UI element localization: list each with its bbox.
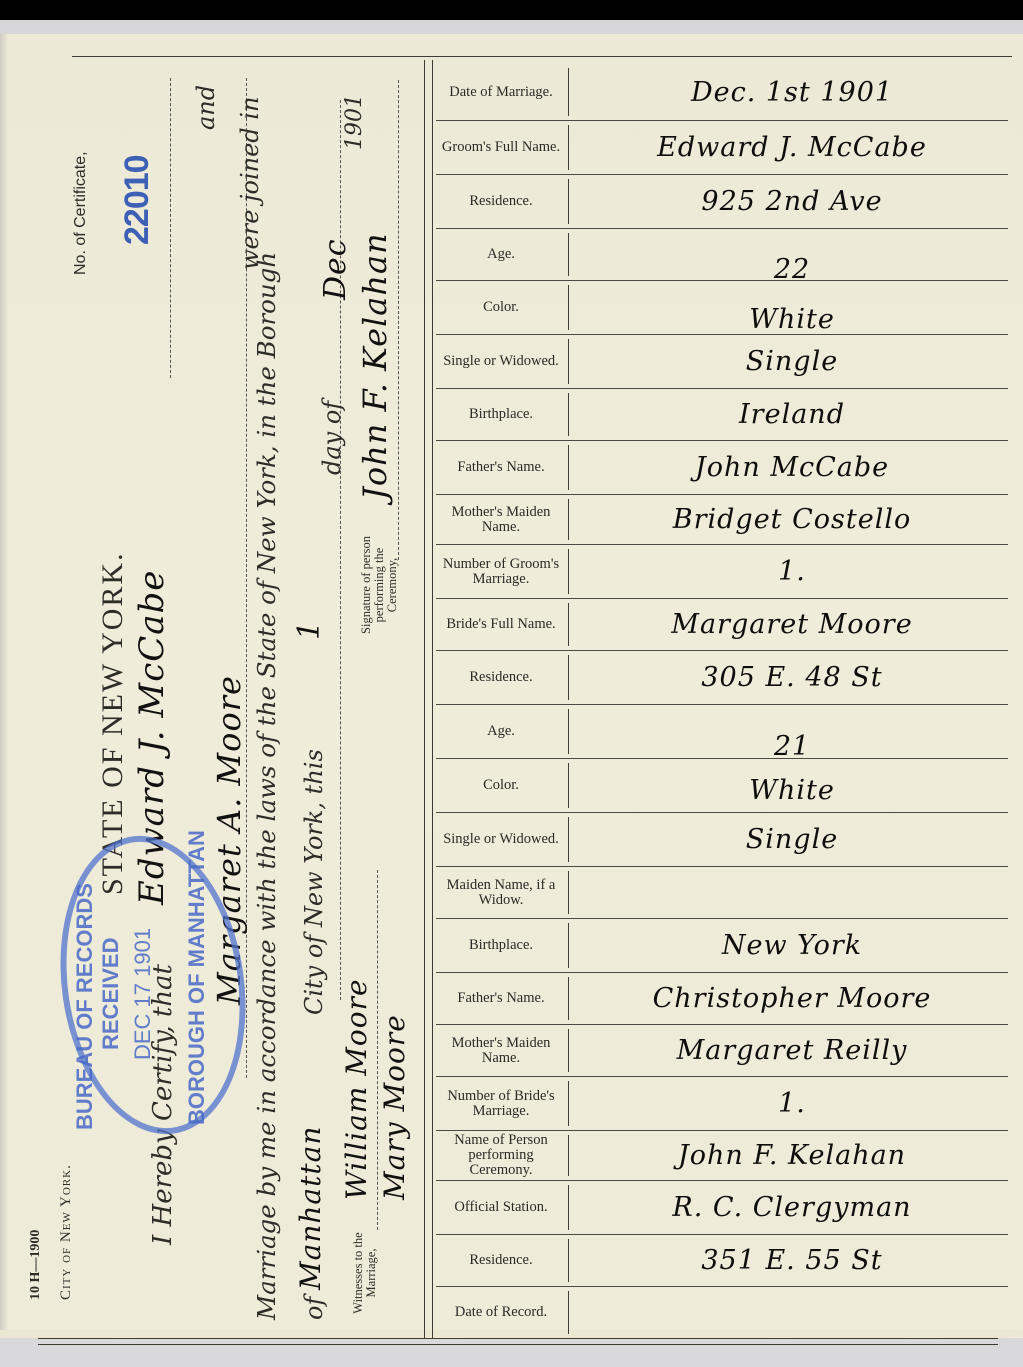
signature-label: Signature of person performing the Cerem… bbox=[360, 530, 399, 640]
field-value: Margaret Reilly bbox=[586, 1025, 998, 1076]
field-value: Christopher Moore bbox=[586, 973, 998, 1024]
field-row-bride-marriage-number: Number of Bride's Marriage. 1. bbox=[436, 1076, 1008, 1130]
field-value: 21 bbox=[586, 705, 998, 758]
field-row-bride-mother-maiden-name: Mother's Maiden Name. Margaret Reilly bbox=[436, 1024, 1008, 1076]
field-row-groom-mother-maiden-name: Mother's Maiden Name. Bridget Costello bbox=[436, 494, 1008, 544]
fill-line-signature bbox=[398, 80, 399, 560]
field-value bbox=[586, 867, 998, 918]
field-value: Bridget Costello bbox=[586, 495, 998, 544]
section-divider-1 bbox=[424, 60, 425, 1338]
field-label: Father's Name. bbox=[436, 973, 566, 1024]
field-row-date-of-marriage: Date of Marriage. Dec. 1st 1901 bbox=[436, 64, 1008, 120]
field-value: 22 bbox=[586, 229, 998, 280]
of-word: of bbox=[300, 1297, 328, 1320]
field-row-groom-marriage-number: Number of Groom's Marriage. 1. bbox=[436, 544, 1008, 598]
field-row-bride-maiden-name-if-widow: Maiden Name, if a Widow. bbox=[436, 866, 1008, 918]
fill-line-groom bbox=[170, 78, 171, 378]
field-row-groom-single-or-widowed: Single or Widowed. Single bbox=[436, 334, 1008, 388]
issuer-city: City of New York. bbox=[58, 1164, 75, 1300]
field-row-groom-residence: Residence. 925 2nd Ave bbox=[436, 174, 1008, 228]
field-label: Mother's Maiden Name. bbox=[436, 1025, 566, 1076]
field-row-bride-single-or-widowed: Single or Widowed. Single bbox=[436, 812, 1008, 866]
field-label: Birthplace. bbox=[436, 389, 566, 440]
field-value: 305 E. 48 St bbox=[586, 651, 998, 704]
field-row-groom-color: Color. White bbox=[436, 280, 1008, 334]
viewer-top-bar bbox=[0, 0, 1023, 20]
field-value: 1. bbox=[586, 545, 998, 598]
field-label: Residence. bbox=[436, 1235, 566, 1286]
field-row-groom-name: Groom's Full Name. Edward J. McCabe bbox=[436, 120, 1008, 174]
scan-edge-left bbox=[0, 34, 8, 1334]
field-label: Age. bbox=[436, 229, 566, 280]
fill-line-day bbox=[340, 100, 341, 1000]
field-value: 925 2nd Ave bbox=[586, 175, 998, 228]
form-number: 10 H—1900 bbox=[28, 1230, 44, 1300]
field-label: Single or Widowed. bbox=[436, 813, 566, 866]
field-label: Maiden Name, if a Widow. bbox=[436, 867, 566, 918]
field-row-bride-age: Age. 21 bbox=[436, 704, 1008, 758]
field-row-bride-name: Bride's Full Name. Margaret Moore bbox=[436, 598, 1008, 650]
year-printed: 1901 bbox=[342, 94, 367, 150]
field-label: Date of Marriage. bbox=[436, 64, 566, 120]
frame-bottom-line bbox=[38, 1338, 998, 1339]
field-row-officiant-residence: Residence. 351 E. 55 St bbox=[436, 1234, 1008, 1286]
stamp-received: RECEIVED bbox=[98, 938, 124, 1050]
field-label: Date of Record. bbox=[436, 1287, 566, 1338]
field-row-groom-birthplace: Birthplace. Ireland bbox=[436, 388, 1008, 440]
field-row-date-of-record: Date of Record. bbox=[436, 1286, 1008, 1338]
field-row-groom-father-name: Father's Name. John McCabe bbox=[436, 440, 1008, 494]
field-label: Single or Widowed. bbox=[436, 335, 566, 388]
section-divider-2 bbox=[432, 60, 433, 1338]
field-label: Name of Person performing Ceremony. bbox=[436, 1131, 566, 1180]
stamp-borough: BOROUGH OF MANHATTAN bbox=[184, 830, 210, 1125]
field-row-officiant-name: Name of Person performing Ceremony. John… bbox=[436, 1130, 1008, 1180]
field-label: Groom's Full Name. bbox=[436, 121, 566, 174]
joined-phrase: were joined in bbox=[236, 97, 264, 270]
field-value: Single bbox=[586, 813, 998, 866]
field-value: 1. bbox=[586, 1077, 998, 1130]
witness-1-handwritten: William Moore bbox=[340, 978, 373, 1200]
field-value bbox=[586, 1287, 998, 1338]
field-value: 351 E. 55 St bbox=[586, 1235, 998, 1286]
field-label: Number of Groom's Marriage. bbox=[436, 545, 566, 598]
field-label: Mother's Maiden Name. bbox=[436, 495, 566, 544]
stamp-date: DEC 17 1901 bbox=[130, 928, 156, 1060]
field-value: White bbox=[586, 281, 998, 334]
field-value: R. C. Clergyman bbox=[586, 1181, 998, 1234]
field-label: Color. bbox=[436, 759, 566, 812]
certificate-number: 22010 bbox=[118, 155, 157, 245]
certificate-label: No. of Certificate, bbox=[72, 151, 90, 275]
field-value: Edward J. McCabe bbox=[586, 121, 998, 174]
field-label: Residence. bbox=[436, 651, 566, 704]
witnesses-label: Witnesses to the Marriage, bbox=[352, 1228, 378, 1318]
day-of-phrase: day of bbox=[318, 401, 346, 475]
field-value: Single bbox=[586, 335, 998, 388]
city-phrase: City of New York, this bbox=[300, 749, 328, 1015]
field-label: Official Station. bbox=[436, 1181, 566, 1234]
frame-top-line bbox=[72, 56, 1012, 57]
field-row-official-station: Official Station. R. C. Clergyman bbox=[436, 1180, 1008, 1234]
borough-handwritten: Manhattan bbox=[294, 1126, 327, 1290]
field-value: Margaret Moore bbox=[586, 599, 998, 650]
field-row-bride-father-name: Father's Name. Christopher Moore bbox=[436, 972, 1008, 1024]
field-label: Age. bbox=[436, 705, 566, 758]
frame-bottom-line-2 bbox=[38, 1344, 998, 1345]
and-word: and bbox=[192, 85, 220, 130]
field-row-bride-birthplace: Birthplace. New York bbox=[436, 918, 1008, 972]
day-handwritten: 1 bbox=[292, 620, 327, 640]
field-row-groom-age: Age. 22 bbox=[436, 228, 1008, 280]
field-value: Dec. 1st 1901 bbox=[586, 64, 998, 120]
field-value: John McCabe bbox=[586, 441, 998, 494]
field-label: Number of Bride's Marriage. bbox=[436, 1077, 566, 1130]
field-value: New York bbox=[586, 919, 998, 972]
scan-edge-bottom bbox=[0, 1338, 1023, 1367]
field-label: Father's Name. bbox=[436, 441, 566, 494]
accordance-line: Marriage by me in accordance with the la… bbox=[252, 252, 281, 1320]
field-label: Birthplace. bbox=[436, 919, 566, 972]
field-value: White bbox=[586, 759, 998, 812]
field-label: Bride's Full Name. bbox=[436, 599, 566, 650]
field-row-bride-residence: Residence. 305 E. 48 St bbox=[436, 650, 1008, 704]
field-value: John F. Kelahan bbox=[586, 1131, 998, 1180]
field-value: Ireland bbox=[586, 389, 998, 440]
month-handwritten: Dec bbox=[318, 238, 353, 300]
field-row-bride-color: Color. White bbox=[436, 758, 1008, 812]
field-label: Color. bbox=[436, 281, 566, 334]
signature-handwritten: John F. Kelahan bbox=[356, 232, 394, 500]
scan-edge-top bbox=[0, 20, 1023, 34]
witness-2-handwritten: Mary Moore bbox=[378, 1014, 411, 1200]
stamp-bureau: BUREAU OF RECORDS bbox=[72, 883, 98, 1130]
field-label: Residence. bbox=[436, 175, 566, 228]
